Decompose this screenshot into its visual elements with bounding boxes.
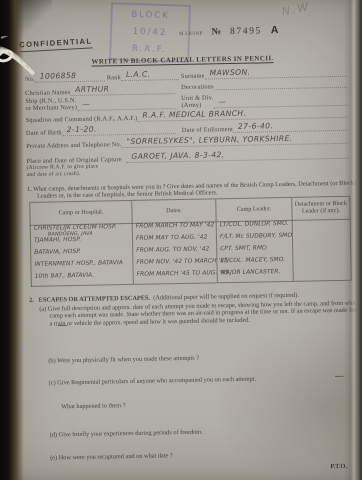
leader-cell: MAJOR LANCASTER. xyxy=(221,269,292,277)
field-capture-value: GAROET, JAVA. 8-3-42. xyxy=(126,149,348,164)
field-ship-label: Ship (R.N., U.S.N. or Merchant Navy) xyxy=(25,97,77,112)
block-leader-cell xyxy=(297,268,350,269)
question-2e-text: (e) How were you recaptured and on what … xyxy=(50,449,350,462)
camp-cell: 10th BAT., BATAVIA. xyxy=(35,272,132,280)
field-capture-sublabel-2: and date of a/c crash). xyxy=(27,170,127,178)
dates-cell: FROM AUG. TO NOV. '42 xyxy=(136,247,215,255)
pow-questionnaire-photo: CONFIDENTIAL BLOCK 10/42 R.A.F. M.I.9/JA… xyxy=(0,0,362,480)
field-date-of-birth-label: Date of Birth xyxy=(26,129,62,137)
question-2-number: 2. xyxy=(29,297,34,304)
camp-cell: INTERNMENT HOSP., BATAVIA xyxy=(34,260,131,268)
stamp-line-1: BLOCK xyxy=(131,10,170,21)
block-leader-cell xyxy=(296,256,349,257)
leader-cell: F/LT. Mc SUDBURY, SMO xyxy=(220,233,291,241)
dates-cell: FROM MARCH '45 TO AUG. '45 xyxy=(137,271,216,279)
field-address-label: Private Address and Telephone No. xyxy=(26,141,122,150)
stamp-line-2: 10/42 xyxy=(133,27,168,38)
header-camp-leader: Camp Leader. xyxy=(216,197,292,221)
field-surname-value: MAWSON. xyxy=(205,67,347,80)
leader-cell: CPT. SMIT, RMO xyxy=(220,245,291,253)
field-date-of-enlistment: Date of Enlistment 27-6-40. xyxy=(182,121,348,135)
question-2c-text: (c) Give Regimental particulars of anyon… xyxy=(49,374,329,387)
number-sign: № xyxy=(211,27,221,37)
field-unit-div-label: Unit & Div. (Army) xyxy=(181,94,213,109)
field-squadron-value: R.A.F. MEDICAL BRANCH. xyxy=(137,108,347,122)
block-leader-cell xyxy=(296,244,349,245)
serial-number: 87495 xyxy=(230,26,262,37)
form-page: CONFIDENTIAL BLOCK 10/42 R.A.F. M.I.9/JA… xyxy=(0,0,362,480)
question-2a-text: (a) Give full description and approx. da… xyxy=(39,300,361,328)
field-rank-value: L.A.C. xyxy=(121,70,179,82)
field-surname: Surname MAWSON. xyxy=(181,67,347,81)
dates-cell: FROM NOV. '42 TO MARCH '45 xyxy=(136,259,215,267)
camp-cell: BATAVIA, HOSP. xyxy=(34,248,131,256)
form-ref: M.I.9/JAP xyxy=(179,32,203,37)
question-2-title: ESCAPES OR ATTEMPTED ESCAPES. xyxy=(39,295,151,304)
question-2b-text: (b) Were you physically fit when you mad… xyxy=(48,352,348,365)
field-address-value: "SORRELSYKES", LEYBURN, YORKSHIRE. xyxy=(121,134,348,149)
field-decorations-value xyxy=(214,86,347,91)
camp-cell: TJAMAHI, HOSP. xyxy=(34,236,131,244)
form-instruction-heading: WRITE IN BLOCK CAPITAL LETTERS IN PENCIL xyxy=(61,55,305,67)
field-rank: Rank L.A.C. xyxy=(107,70,179,82)
field-unit-div-label-2: (Army) xyxy=(181,102,213,110)
field-surname-label: Surname xyxy=(181,73,205,81)
field-decorations-label: Decorations xyxy=(181,83,214,91)
question-2d-text: (d) Give briefly your experiences during… xyxy=(50,426,350,439)
dates-cell: FROM MARCH TO MAY '42 xyxy=(136,222,215,230)
field-date-of-enlistment-value: 27-6-40. xyxy=(233,121,348,134)
question-2-note: (Additional paper will be supplied on re… xyxy=(153,292,299,302)
field-unit-div-value: — xyxy=(213,96,347,109)
field-ship-label-2: or Merchant Navy) xyxy=(25,104,77,112)
field-date-of-birth-value: 2-1-20. xyxy=(62,124,176,137)
leader-cell: LT/COL. DUNLOP, SMO. xyxy=(220,221,291,229)
field-rank-label: Rank xyxy=(107,74,121,81)
field-decorations: Decorations xyxy=(181,81,347,91)
block-leader-cell xyxy=(296,220,349,221)
page-edge xyxy=(344,0,362,480)
header-dates: Dates. xyxy=(132,199,216,224)
dates-cell: FROM MAY TO AUG. '42 xyxy=(136,235,215,243)
field-date-of-enlistment-label: Date of Enlistment xyxy=(182,126,233,134)
form-reference-row: M.I.9/JAP № 87495 A xyxy=(179,24,279,38)
field-date-of-birth: Date of Birth 2-1-20. xyxy=(26,124,176,137)
field-capture: GAROET, JAVA. 8-3-42. xyxy=(126,149,348,164)
stamp-line-3: R.A.F. xyxy=(132,44,167,55)
header-block-leader: Detachment or Block Leader (if any). xyxy=(292,196,350,220)
field-unit-div: Unit & Div. (Army) — xyxy=(181,92,347,110)
document-string xyxy=(0,36,52,92)
field-squadron-label: Squadron and Command (R.A.F., A.A.F.) xyxy=(26,115,138,124)
camps-table: Camp or Hospital. Dates. Camp Leader. De… xyxy=(29,196,352,287)
leader-cell: LT/COL. MACEY, SMO. xyxy=(220,257,291,265)
pencil-annotation: N.W xyxy=(281,0,312,18)
question-2a-answer: — xyxy=(58,320,69,331)
block-leader-cell xyxy=(296,232,349,233)
header-camp-or-hospital: Camp or Hospital. xyxy=(30,200,132,225)
series-letter: A xyxy=(271,24,279,36)
question-2c2-text: What happened to them ? xyxy=(61,399,261,410)
field-capture-label: Place and Date of Original Capture (Airc… xyxy=(26,156,126,178)
